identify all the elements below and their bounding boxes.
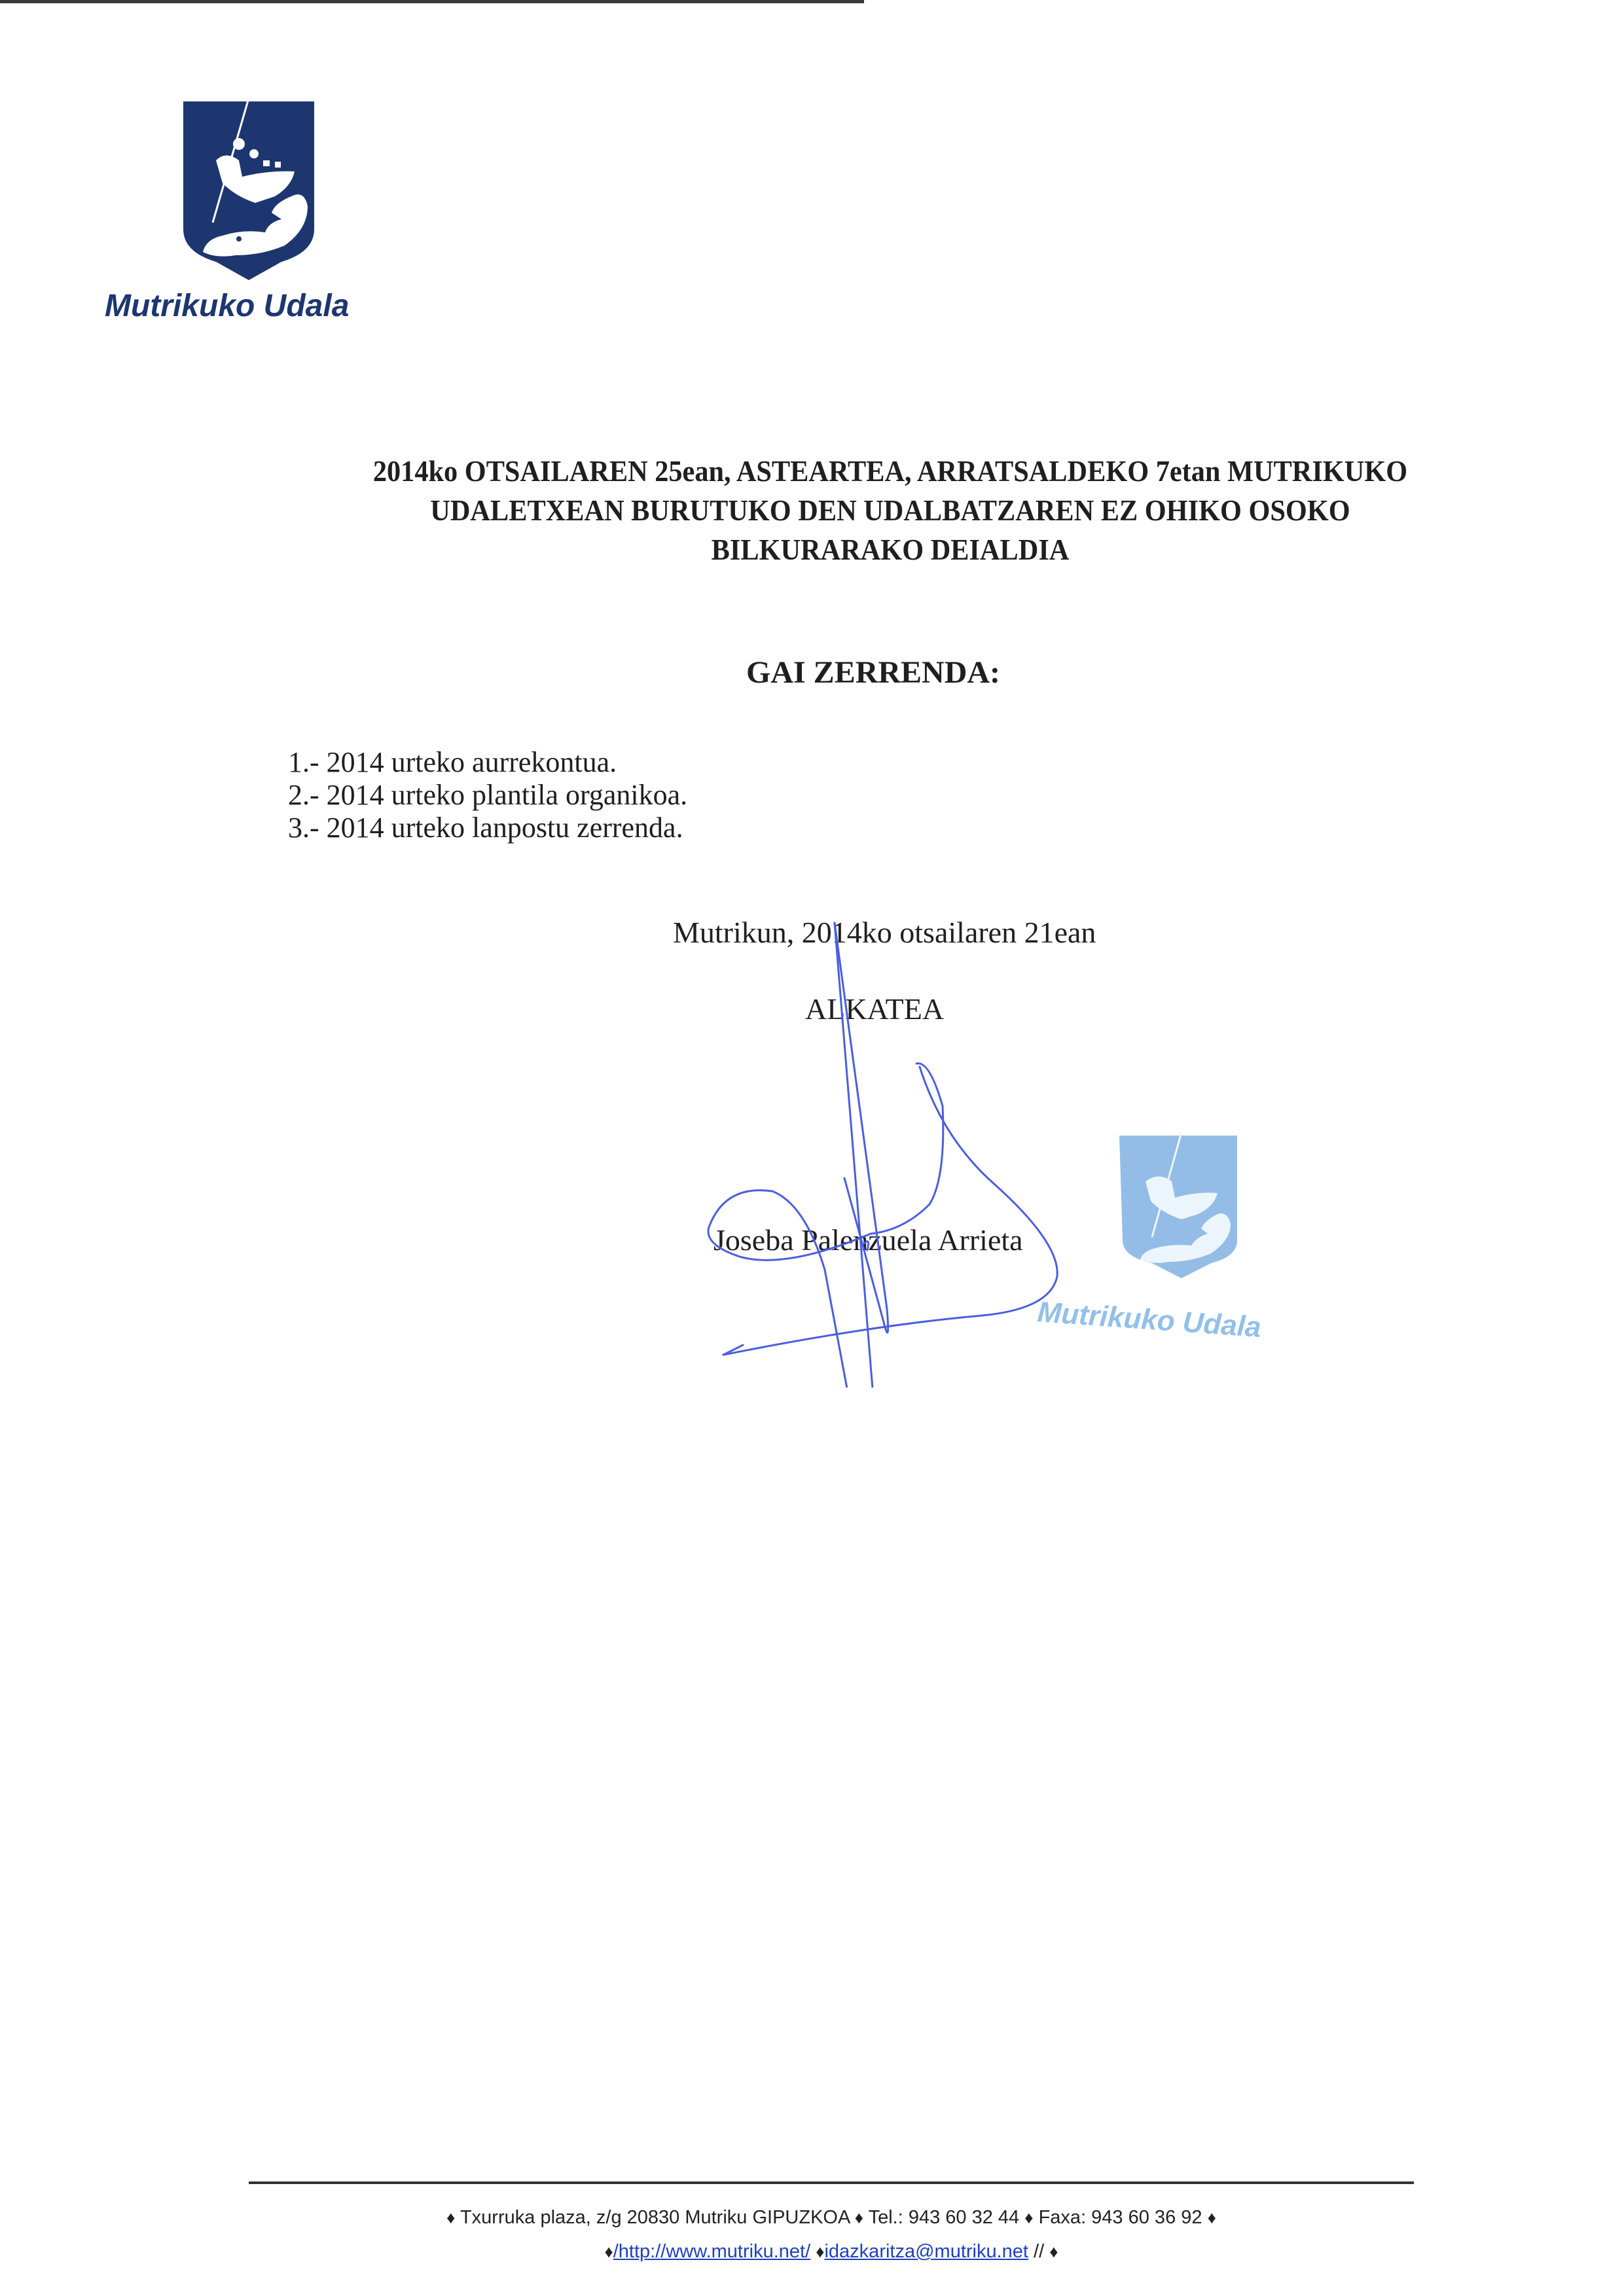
diamond-bullet-icon: ♦ xyxy=(604,2242,613,2261)
signer-role: ALKATEA xyxy=(805,992,944,1026)
footer-address: Txurruka plaza, z/g 20830 Mutriku GIPUZK… xyxy=(460,2207,850,2228)
diamond-bullet-icon: ♦ xyxy=(816,2242,824,2261)
footer-fax: Faxa: 943 60 36 92 xyxy=(1039,2207,1202,2228)
top-scan-edge-rule xyxy=(0,0,864,3)
agenda-heading: GAI ZERRENDA: xyxy=(746,655,1000,691)
diamond-bullet-icon: ♦ xyxy=(446,2208,455,2227)
agenda-item: 1.- 2014 urteko aurrekontua. xyxy=(288,746,687,779)
footer-links-line: ♦/http://www.mutriku.net/ ♦idazkaritza@m… xyxy=(249,2241,1414,2263)
footer-phone: Tel.: 943 60 32 44 xyxy=(869,2207,1020,2228)
email-link[interactable]: idazkaritza@mutriku.net xyxy=(824,2241,1028,2262)
logo-wordmark: Mutrikuko Udala xyxy=(105,288,406,324)
agenda-item: 2.- 2014 urteko plantila organikoa. xyxy=(288,779,687,812)
footer-trailing: // xyxy=(1034,2241,1044,2262)
signer-name: Joseba Palenzuela Arrieta xyxy=(713,1223,1023,1257)
place-date: Mutrikun, 2014ko otsailaren 21ean xyxy=(673,915,1096,950)
agenda-item: 3.- 2014 urteko lanpostu zerrenda. xyxy=(288,812,687,844)
agenda-list: 1.- 2014 urteko aurrekontua. 2.- 2014 ur… xyxy=(288,746,687,844)
title-line: BILKURARAKO DEIALDIA xyxy=(288,530,1492,569)
diamond-bullet-icon: ♦ xyxy=(1024,2208,1033,2227)
title-line: UDALETXEAN BURUTUKO DEN UDALBATZAREN EZ … xyxy=(288,491,1492,530)
website-link[interactable]: /http://www.mutriku.net/ xyxy=(613,2241,810,2262)
stamp-wordmark: Mutrikuko Udala xyxy=(1036,1296,1262,1344)
municipal-shield-icon xyxy=(177,98,321,281)
footer-rule xyxy=(249,2181,1414,2184)
document-title: 2014ko OTSAILAREN 25ean, ASTEARTEA, ARRA… xyxy=(288,452,1492,569)
title-line: 2014ko OTSAILAREN 25ean, ASTEARTEA, ARRA… xyxy=(288,452,1492,491)
municipal-seal-stamp-icon xyxy=(1106,1129,1250,1280)
diamond-bullet-icon: ♦ xyxy=(1208,2208,1216,2227)
diamond-bullet-icon: ♦ xyxy=(1049,2242,1058,2261)
diamond-bullet-icon: ♦ xyxy=(855,2208,863,2227)
footer-contact-line: ♦ Txurruka plaza, z/g 20830 Mutriku GIPU… xyxy=(249,2207,1414,2229)
